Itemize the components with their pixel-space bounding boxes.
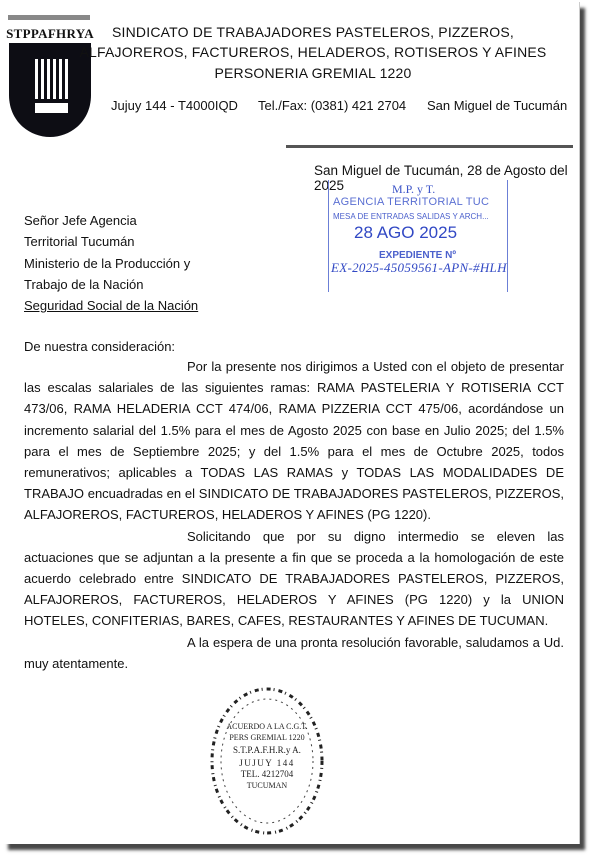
seal-line4: JUJUY 144 (239, 758, 294, 768)
seal-line3: S.T.P.A.F.H.R.y A. (233, 745, 301, 755)
stamp-office: MESA DE ENTRADAS SALIDAS Y ARCH... (333, 212, 489, 221)
letterhead-address: Jujuy 144 - T4000IQD (111, 98, 238, 113)
seal-line1: ACUERDO A LA C.G.T. (226, 722, 307, 731)
union-registration: PERSONERIA GREMIAL 1220 (53, 65, 573, 81)
addressee-line: Ministerio de la Producción y (24, 253, 198, 274)
union-name-line2: ALFAJOREROS, FACTUREROS, HELADEROS, ROTI… (53, 44, 573, 60)
union-name-line1: SINDICATO DE TRABAJADORES PASTELEROS, PI… (53, 24, 573, 40)
addressee-line: Seguridad Social de la Nación (24, 295, 198, 316)
union-seal: ACUERDO A LA C.G.T. PERS GREMIAL 1220 S.… (208, 685, 326, 842)
header-divider (286, 145, 573, 148)
reception-stamp: M.P. y T. AGENCIA TERRITORIAL TUC MESA D… (328, 180, 508, 292)
seal-line6: TUCUMAN (247, 781, 288, 790)
addressee-line: Señor Jefe Agencia (24, 210, 198, 231)
seal-line2: PERS GREMIAL 1220 (229, 733, 304, 742)
body-paragraph: Solicitando que por su digno intermedio … (24, 526, 564, 632)
letterhead-city: San Miguel de Tucumán (427, 98, 567, 113)
greeting: De nuestra consideración: (24, 339, 175, 354)
addressee-line: Trabajo de la Nación (24, 274, 198, 295)
stamp-agency: AGENCIA TERRITORIAL TUC (333, 196, 489, 208)
body-paragraph: A la espera de una pronta resolución fav… (24, 632, 564, 674)
stamp-file-number: EX-2025-45059561-APN-#HLH (331, 260, 507, 276)
logo-top-bar (8, 15, 90, 20)
addressee-line: Territorial Tucumán (24, 231, 198, 252)
oval-seal-icon: ACUERDO A LA C.G.T. PERS GREMIAL 1220 S.… (208, 685, 326, 837)
addressee-block: Señor Jefe Agencia Territorial Tucumán M… (24, 210, 198, 316)
letter-page: STPPAFHRYA SINDICATO DE TRABAJADORES PAS… (3, 2, 580, 844)
stamp-date: 28 AGO 2025 (354, 223, 457, 243)
seal-line5: TEL. 4212704 (241, 769, 294, 779)
stamp-ministry: M.P. y T. (392, 182, 435, 197)
body-paragraph: Por la presente nos dirigimos a Usted co… (24, 356, 564, 526)
letterhead-phone: Tel./Fax: (0381) 421 2704 (258, 98, 406, 113)
letter-body: Por la presente nos dirigimos a Usted co… (24, 356, 564, 674)
